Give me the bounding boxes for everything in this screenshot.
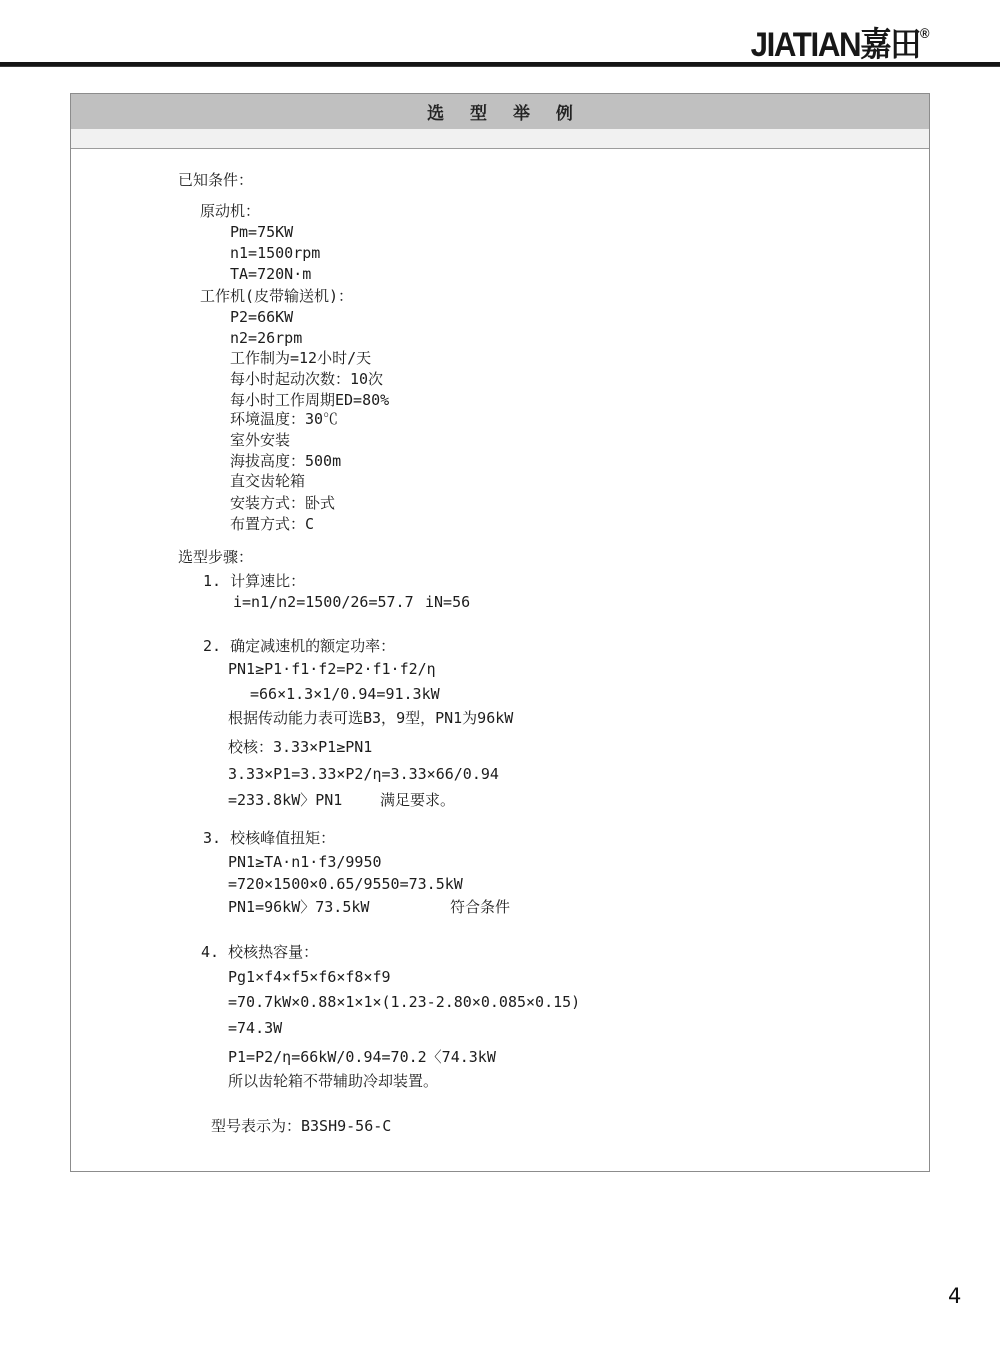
brand-logo-text: JIATIAN嘉田 — [751, 26, 920, 64]
step2-formula-line: PN1≥P1·f1·f2=P2·f1·f2/η — [228, 661, 436, 677]
brand-logo: JIATIAN嘉田® — [751, 17, 930, 66]
motor-torque-line: TA=720N·m — [230, 266, 311, 282]
mounting-line: 安装方式：卧式 — [230, 495, 335, 511]
step4-result-line: =74.3W — [228, 1020, 282, 1036]
step2-check-result-note: 满足要求。 — [380, 792, 455, 808]
altitude-line: 海拔高度：500m — [230, 453, 341, 469]
working-machine-label: 工作机(皮带输送机)： — [200, 288, 353, 304]
starts-per-hour-line: 每小时起动次数：10次 — [230, 371, 383, 387]
model-designation-line: 型号表示为：B3SH9-56-C — [211, 1118, 391, 1134]
selection-example-panel: 选 型 举 例 已知条件： 原动机： Pm=75KW n1=1500rpm TA… — [70, 93, 930, 1172]
step4-conclusion-line: 所以齿轮箱不带辅助冷却装置。 — [228, 1073, 438, 1089]
step3-result-line: PN1=96kW〉73.5kW — [228, 899, 369, 915]
step1-title: 1. 计算速比： — [203, 573, 305, 589]
ambient-temp-line: 环境温度：30℃ — [230, 411, 338, 427]
gearbox-type-line: 直交齿轮箱 — [230, 473, 305, 489]
document-page: JIATIAN嘉田® 选 型 举 例 已知条件： 原动机： Pm=75KW n1… — [0, 0, 1000, 1356]
step4-calc-line: =70.7kW×0.88×1×1×(1.23-2.80×0.085×0.15) — [228, 994, 580, 1010]
known-conditions-heading: 已知条件： — [178, 172, 253, 188]
page-number: 4 — [948, 1284, 961, 1308]
panel-title: 选 型 举 例 — [417, 99, 583, 124]
header-divider — [0, 62, 1000, 67]
machine-power-line: P2=66KW — [230, 309, 293, 325]
step4-title: 4. 校核热容量： — [201, 944, 318, 960]
step3-title: 3. 校核峰值扭矩： — [203, 830, 335, 846]
step2-result-line: =66×1.3×1/0.94=91.3kW — [250, 686, 440, 702]
selection-steps-heading: 选型步骤： — [178, 549, 253, 565]
step2-title: 2. 确定减速机的额定功率： — [203, 638, 395, 654]
motor-speed-line: n1=1500rpm — [230, 245, 320, 261]
step1-ratio-line: i=n1/n2=1500/26=57.7 — [233, 594, 414, 610]
step1-ratio-note: iN=56 — [425, 594, 470, 610]
step2-check-line: 校核：3.33×P1≥PN1 — [228, 739, 372, 755]
outdoor-line: 室外安装 — [230, 432, 290, 448]
step4-compare-line: P1=P2/η=66kW/0.94=70.2〈74.3kW — [228, 1049, 496, 1065]
step2-table-select-line: 根据传动能力表可选B3，9型，PN1为96kW — [228, 710, 513, 726]
panel-title-bar: 选 型 举 例 — [71, 94, 929, 129]
step2-check-calc-line: 3.33×P1=3.33×P2/η=3.33×66/0.94 — [228, 766, 499, 782]
machine-speed-line: n2=26rpm — [230, 330, 302, 346]
panel-body: 已知条件： 原动机： Pm=75KW n1=1500rpm TA=720N·m … — [71, 149, 929, 1170]
step3-result-note: 符合条件 — [450, 899, 510, 915]
step3-calc-line: =720×1500×0.65/9550=73.5kW — [228, 876, 463, 892]
panel-subheader-strip — [71, 129, 929, 149]
duty-line: 工作制为=12小时/天 — [230, 350, 371, 366]
prime-mover-label: 原动机： — [200, 203, 260, 219]
registered-trademark-icon: ® — [920, 25, 930, 41]
ed-line: 每小时工作周期ED=80% — [230, 392, 389, 408]
arrangement-line: 布置方式：C — [230, 516, 314, 532]
step2-check-result-line: =233.8kW〉PN1 — [228, 792, 342, 808]
step3-formula-line: PN1≥TA·n1·f3/9950 — [228, 854, 382, 870]
motor-power-line: Pm=75KW — [230, 224, 293, 240]
step4-formula-line: Pg1×f4×f5×f6×f8×f9 — [228, 969, 391, 985]
